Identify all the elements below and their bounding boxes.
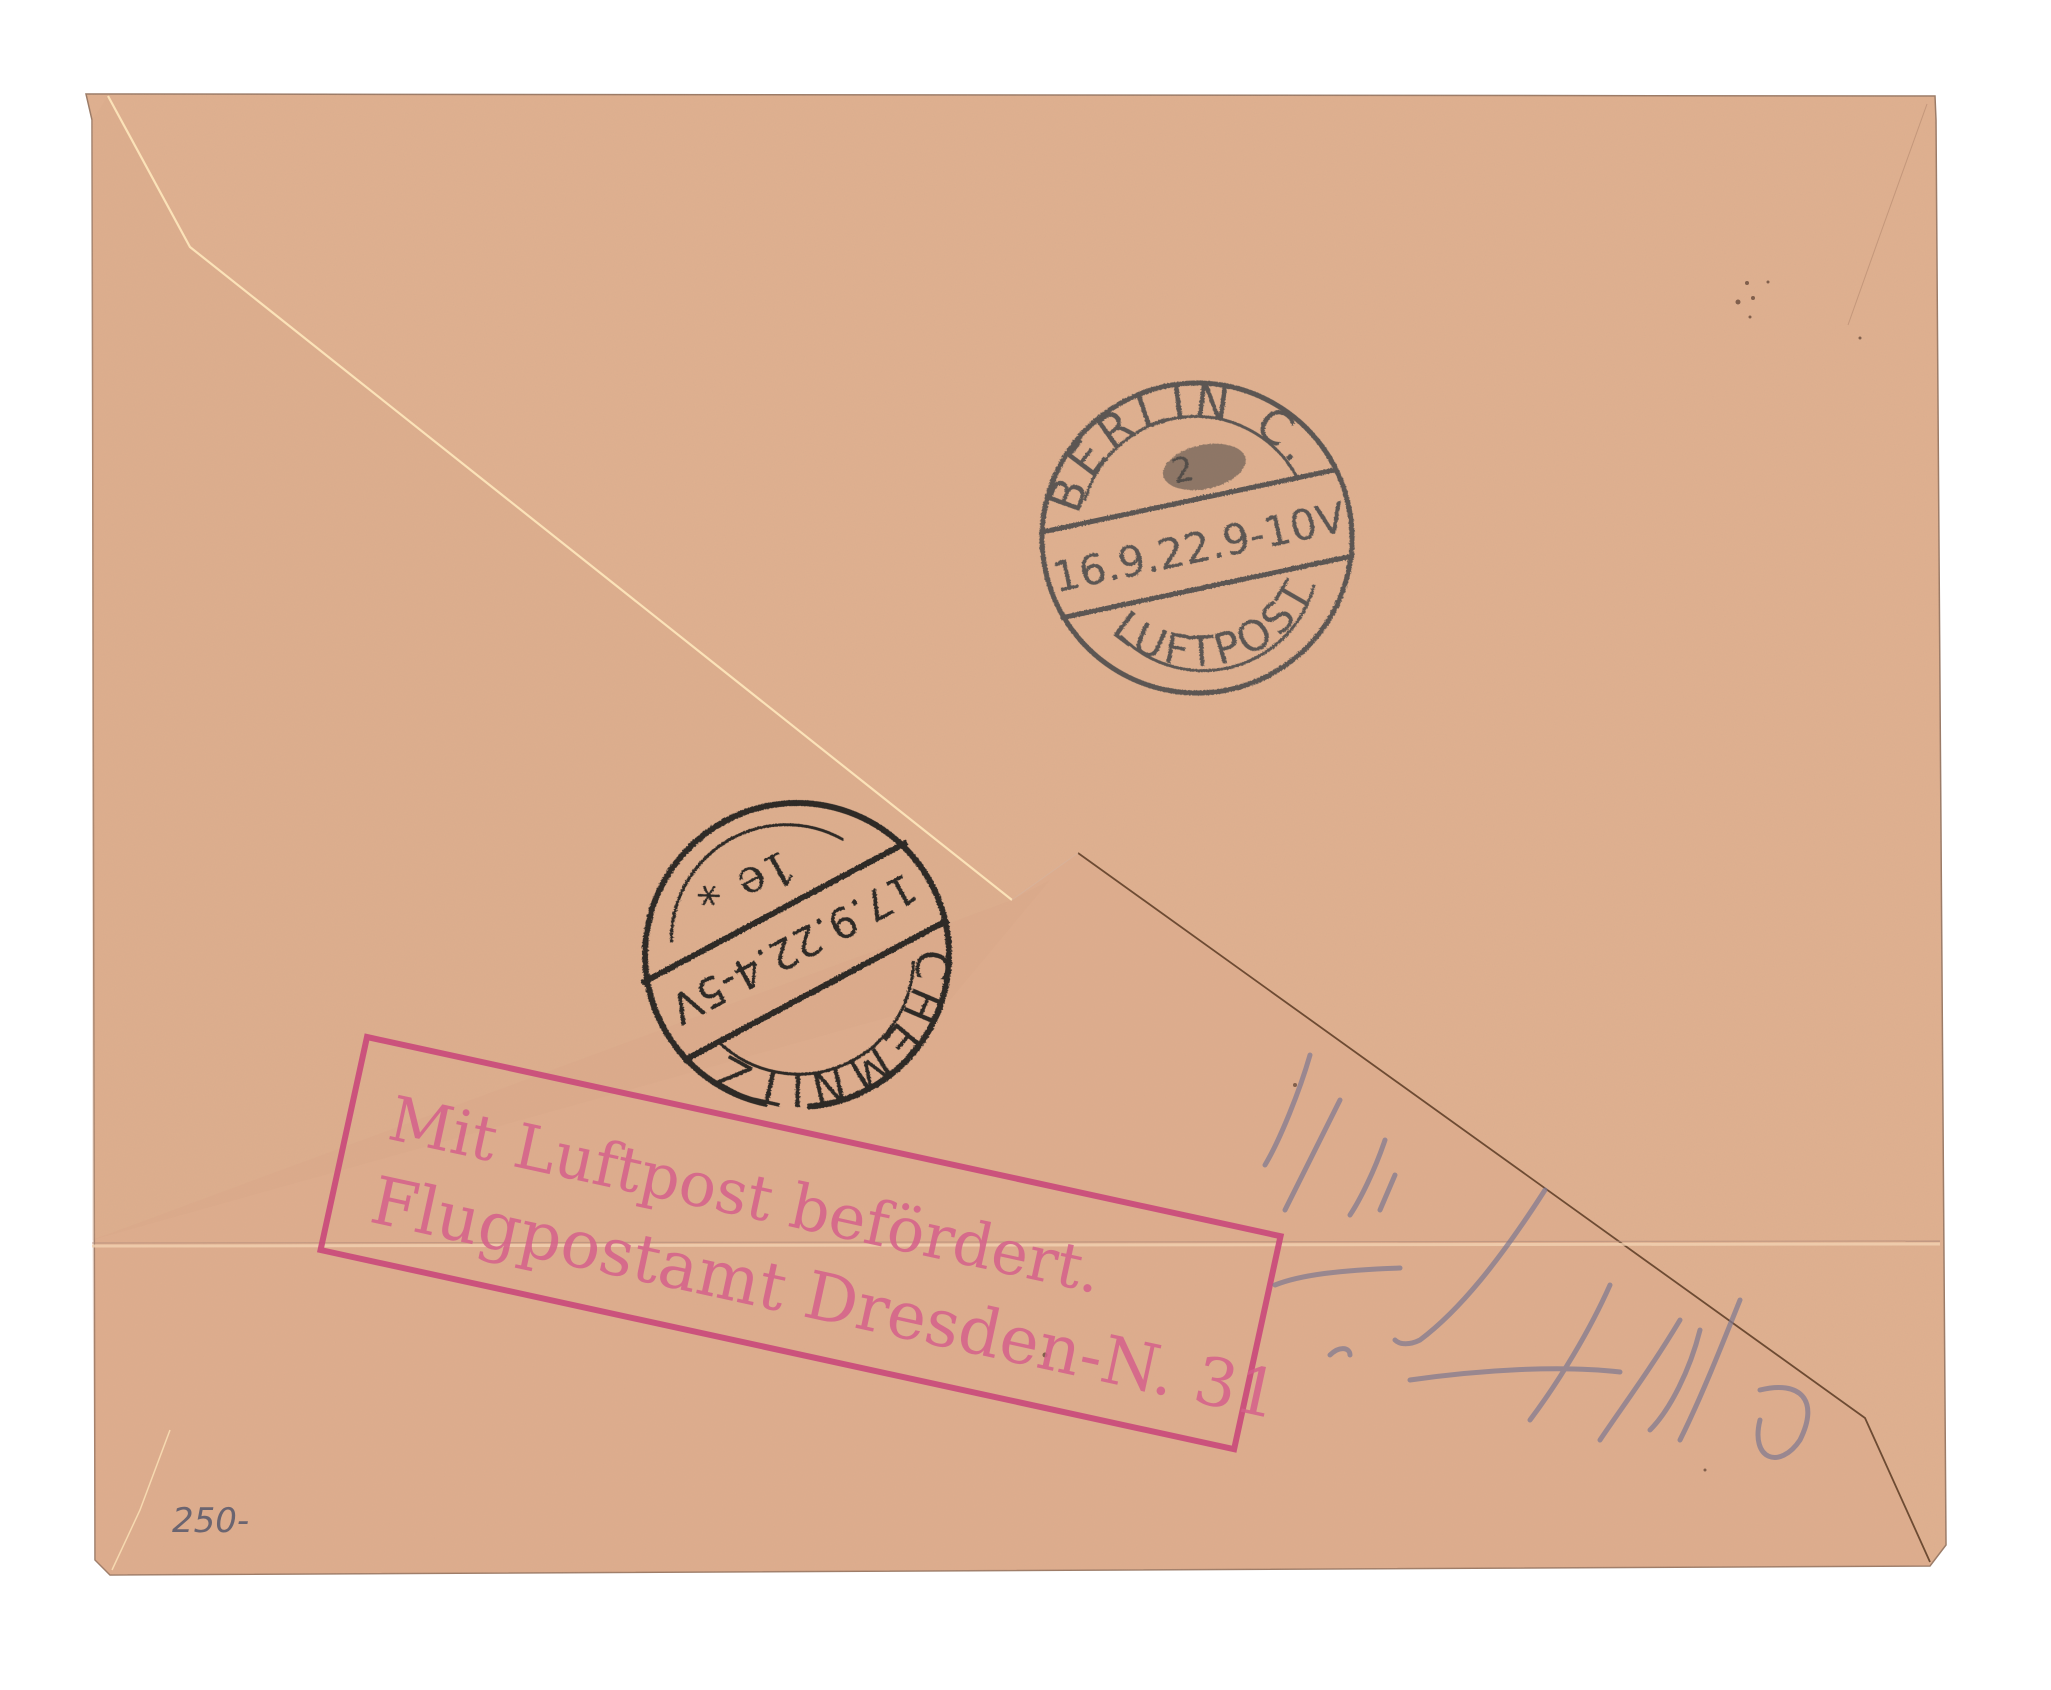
pencil-price-note: 250- [172, 1501, 249, 1541]
envelope-scan: BERLIN C. 2 16.9.22.9-10V LUFTPOST CHEMN… [0, 0, 2051, 1690]
